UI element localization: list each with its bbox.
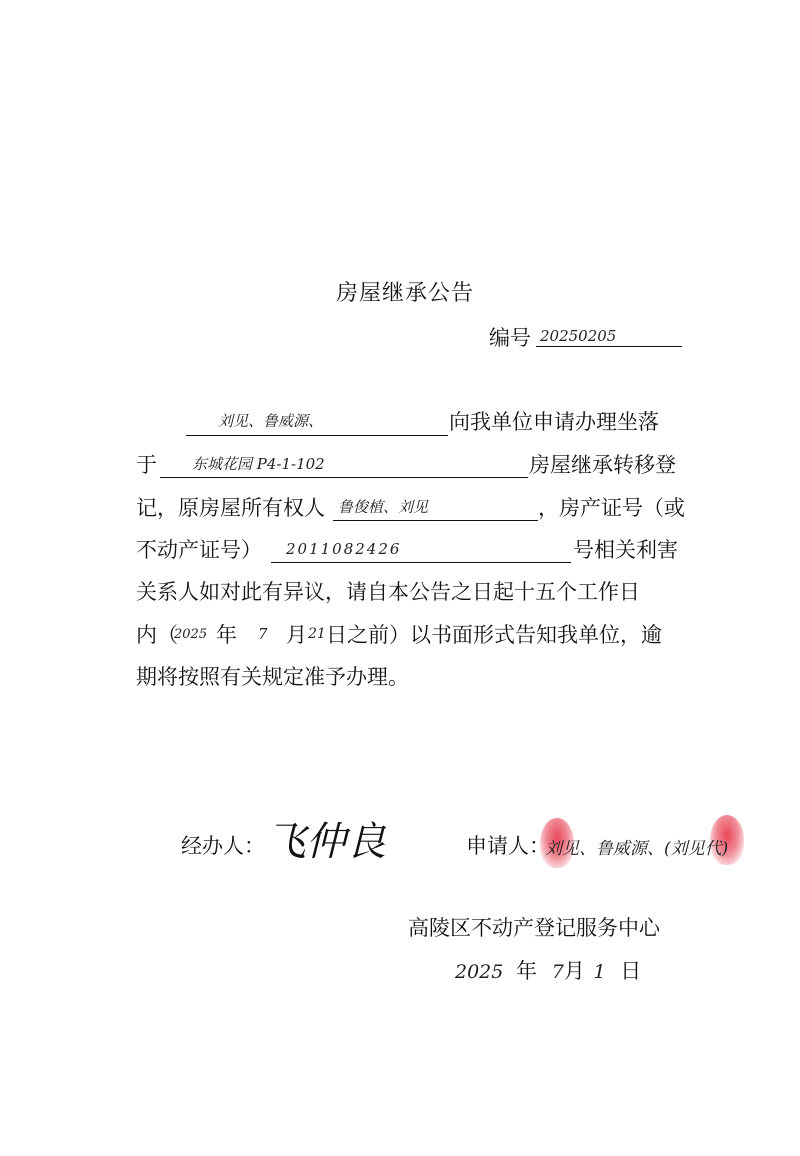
applicant-underline — [186, 435, 448, 436]
body-text: 月 — [286, 620, 307, 650]
body-line-7: 期将按照有关规定准予办理。 — [136, 662, 691, 692]
body-text: 于 — [136, 450, 157, 480]
document-title: 房屋继承公告 — [336, 276, 474, 307]
body-text: ，房产证号（或 — [538, 493, 685, 523]
body-text: 向我单位申请办理坐落 — [449, 407, 659, 437]
body-line-2: 于 东城花园 P4-1-102 房屋继承转移登 — [136, 450, 691, 480]
issue-date: 2025 年 7月 1 日 — [455, 955, 641, 985]
day-unit: 日 — [620, 959, 641, 983]
certificate-number: 2011082426 — [286, 539, 401, 559]
body-line-4: 不动产证号） 2011082426 号相关利害 — [136, 535, 691, 565]
handler-signature: 飞仲良 — [266, 810, 386, 867]
body-text: 不动产证号） — [136, 535, 262, 565]
deadline-day: 21 — [308, 624, 326, 644]
issue-day: 1 — [594, 961, 606, 983]
deadline-month: 7 — [258, 624, 268, 644]
original-owners: 鲁俊植、刘见 — [338, 497, 428, 517]
body-text: 号相关利害 — [573, 535, 678, 565]
issue-month: 7 — [552, 961, 564, 983]
body-text: 期将按照有关规定准予办理。 — [136, 662, 409, 692]
issue-year: 2025 — [455, 961, 503, 983]
body-text: 内（ — [136, 620, 178, 650]
doc-number-underline — [536, 346, 682, 347]
body-line-5: 关系人如对此有异议，请自本公告之日起十五个工作日 — [136, 577, 691, 607]
owner-underline — [333, 520, 538, 521]
applicant-names: 刘见、鲁威源、 — [218, 411, 323, 431]
body-text: 年 — [216, 620, 237, 650]
body-line-6: 内（ 2025 年 7 月 21 日之前）以书面形式告知我单位，逾 — [136, 620, 691, 650]
deadline-year: 2025 — [174, 625, 207, 645]
applicant-signature: 刘见、鲁威源、(刘见代) — [545, 834, 728, 859]
certificate-underline — [271, 562, 571, 563]
body-text: 记，原房屋所有权人 — [136, 493, 325, 523]
body-text: 日之前）以书面形式告知我单位，逾 — [326, 620, 662, 650]
organization-name: 高陵区不动产登记服务中心 — [408, 912, 660, 942]
handler-label: 经办人： — [181, 830, 265, 860]
location-underline — [160, 477, 528, 478]
year-unit: 年 — [516, 959, 537, 983]
body-line-1: 刘见、鲁威源、 向我单位申请办理坐落 — [136, 407, 691, 437]
doc-number-value: 20250205 — [540, 327, 616, 345]
body-text: 关系人如对此有异议，请自本公告之日起十五个工作日 — [136, 577, 640, 607]
body-text: 房屋继承转移登 — [529, 450, 676, 480]
property-location: 东城花园 P4-1-102 — [192, 454, 325, 474]
month-unit: 月 — [564, 959, 585, 983]
body-line-3: 记，原房屋所有权人 鲁俊植、刘见 ，房产证号（或 — [136, 493, 691, 523]
applicant-label: 申请人： — [466, 830, 550, 860]
doc-number-label: 编号 — [489, 322, 531, 352]
